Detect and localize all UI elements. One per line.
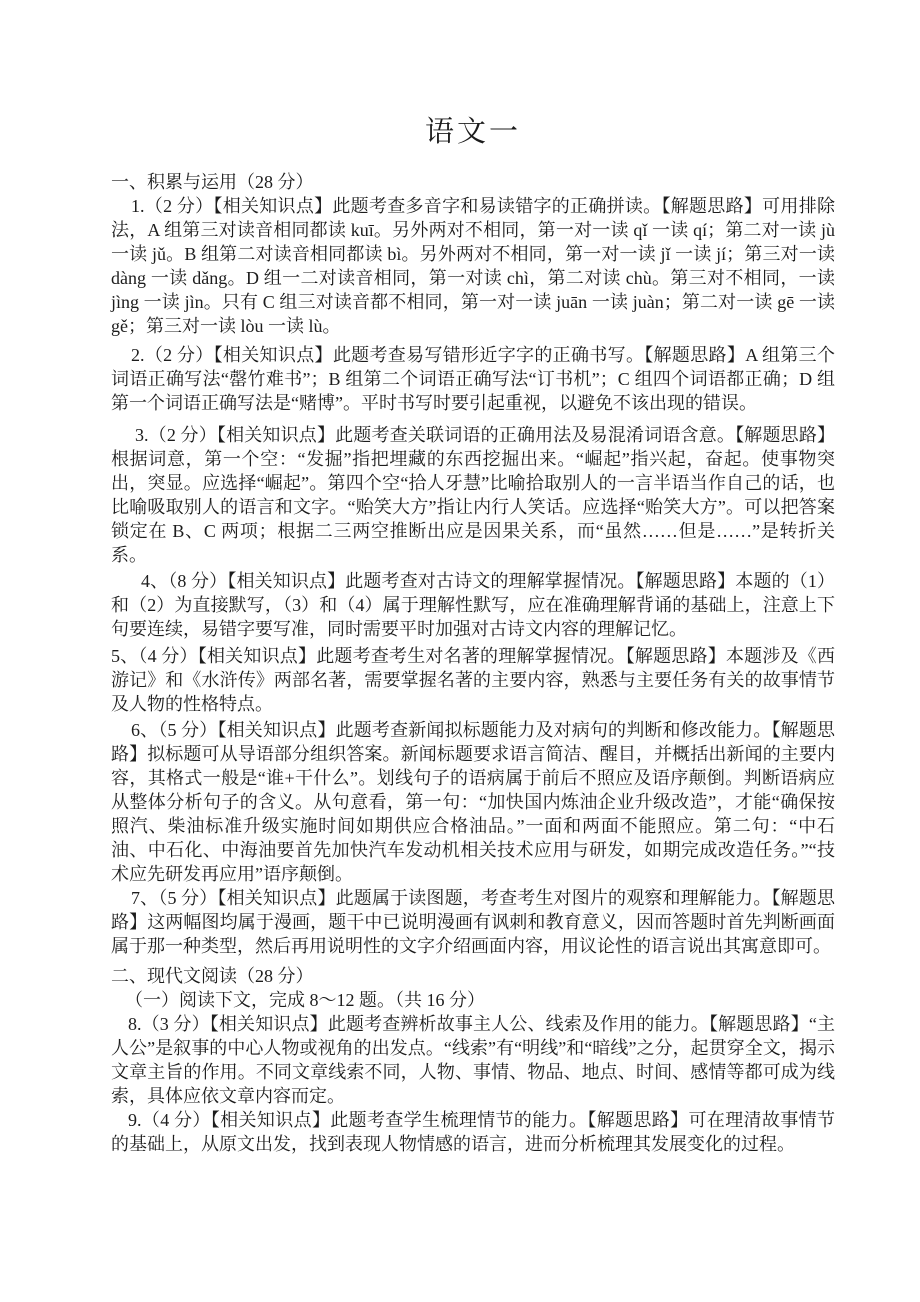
answer-explanation-7: 7、（5 分）【相关知识点】此题属于读图题，考查考生对图片的观察和理解能力。【解…: [111, 886, 835, 958]
section-1-heading: 一、积累与运用（28 分）: [111, 170, 835, 194]
answer-explanation-1: 1.（2 分）【相关知识点】此题考查多音字和易读错字的正确拼读。【解题思路】可用…: [111, 194, 835, 338]
answer-explanation-4: 4、（8 分）【相关知识点】此题考查对古诗文的理解掌握情况。【解题思路】本题的（…: [111, 569, 835, 641]
answer-explanation-5: 5、（4 分）【相关知识点】此题考查考生对名著的理解掌握情况。【解题思路】本题涉…: [111, 644, 835, 716]
document-page: 语文一 一、积累与运用（28 分） 1.（2 分）【相关知识点】此题考查多音字和…: [0, 0, 920, 1302]
answer-explanation-8: 8.（3 分）【相关知识点】此题考查辨析故事主人公、线索及作用的能力。【解题思路…: [111, 1012, 835, 1108]
page-title: 语文一: [111, 116, 835, 148]
answer-explanation-3: 3.（2 分）【相关知识点】此题考查关联词语的正确用法及易混淆词语含意。【解题思…: [111, 423, 835, 567]
section-2-subheading: （一）阅读下文，完成 8～12 题。（共 16 分）: [111, 988, 835, 1012]
answer-explanation-2: 2.（2 分）【相关知识点】此题考查易写错形近字字的正确书写。【解题思路】A 组…: [111, 343, 835, 415]
section-2-heading: 二、现代文阅读（28 分）: [111, 964, 835, 988]
answer-explanation-6: 6、（5 分）【相关知识点】此题考查新闻拟标题能力及对病句的判断和修改能力。【解…: [111, 718, 835, 886]
answer-explanation-9: 9.（4 分）【相关知识点】此题考查学生梳理情节的能力。【解题思路】可在理清故事…: [111, 1108, 835, 1156]
